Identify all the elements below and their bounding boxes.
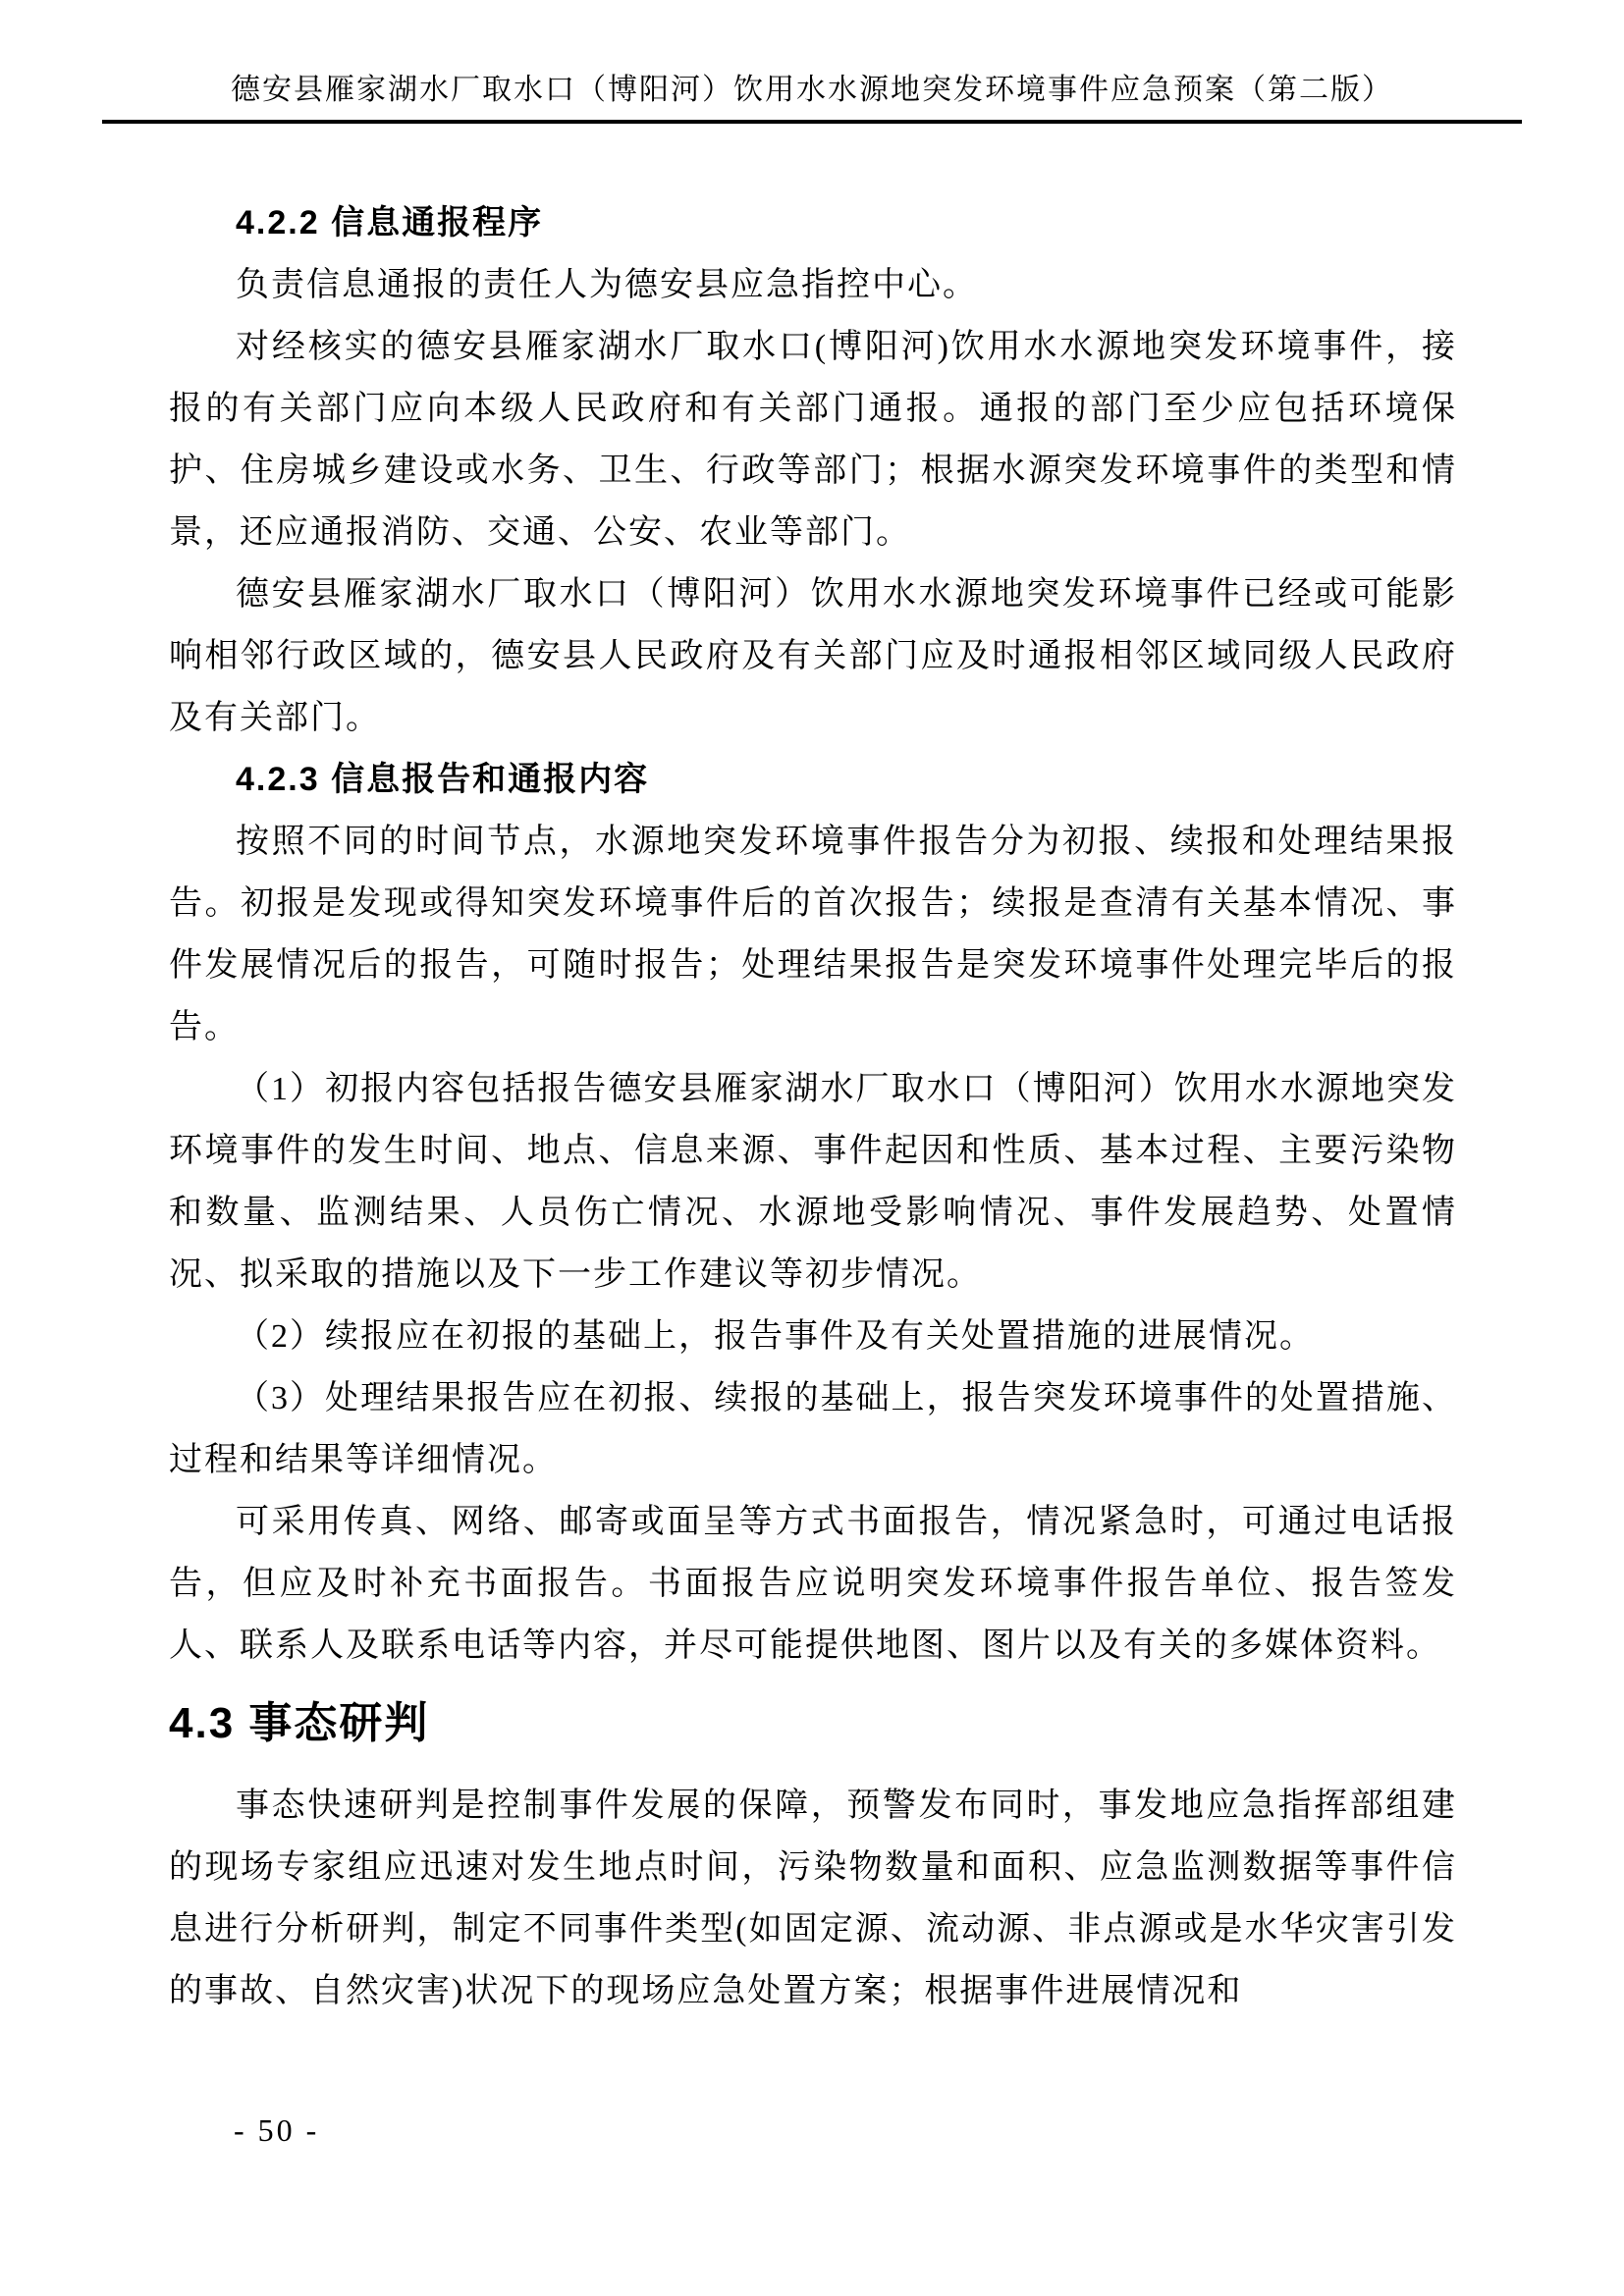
section-heading-4-3: 4.3 事态研判 [169, 1692, 1457, 1755]
document-page: 德安县雁家湖水厂取水口（博阳河）饮用水水源地突发环境事件应急预案（第二版） 4.… [0, 0, 1624, 2296]
paragraph-verified-event-notification: 对经核实的德安县雁家湖水厂取水口(博阳河)饮用水水源地突发环境事件，接报的有关部… [169, 316, 1457, 563]
paragraph-notification-responsible: 负责信息通报的责任人为德安县应急指控中心。 [169, 254, 1457, 316]
paragraph-result-report: （3）处理结果报告应在初报、续报的基础上，报告突发环境事件的处置措施、过程和结果… [169, 1367, 1457, 1491]
section-heading-4-2-2: 4.2.2 信息通报程序 [169, 192, 1457, 254]
paragraph-continuation-report: （2）续报应在初报的基础上，报告事件及有关处置措施的进展情况。 [169, 1306, 1457, 1367]
paragraph-adjacent-region-notification: 德安县雁家湖水厂取水口（博阳河）饮用水水源地突发环境事件已经或可能影响相邻行政区… [169, 563, 1457, 749]
document-body: 4.2.2 信息通报程序 负责信息通报的责任人为德安县应急指控中心。 对经核实的… [169, 192, 1457, 2022]
section-heading-4-2-3: 4.2.3 信息报告和通报内容 [169, 749, 1457, 811]
paragraph-report-methods: 可采用传真、网络、邮寄或面呈等方式书面报告，情况紧急时，可通过电话报告，但应及时… [169, 1491, 1457, 1677]
page-number: - 50 - [234, 2112, 319, 2149]
paragraph-initial-report-content: （1）初报内容包括报告德安县雁家湖水厂取水口（博阳河）饮用水水源地突发环境事件的… [169, 1058, 1457, 1306]
paragraph-report-types: 按照不同的时间节点，水源地突发环境事件报告分为初报、续报和处理结果报告。初报是发… [169, 811, 1457, 1058]
paragraph-situation-assessment: 事态快速研判是控制事件发展的保障，预警发布同时，事发地应急指挥部组建的现场专家组… [169, 1775, 1457, 2022]
document-header-title: 德安县雁家湖水厂取水口（博阳河）饮用水水源地突发环境事件应急预案（第二版） [102, 65, 1522, 124]
